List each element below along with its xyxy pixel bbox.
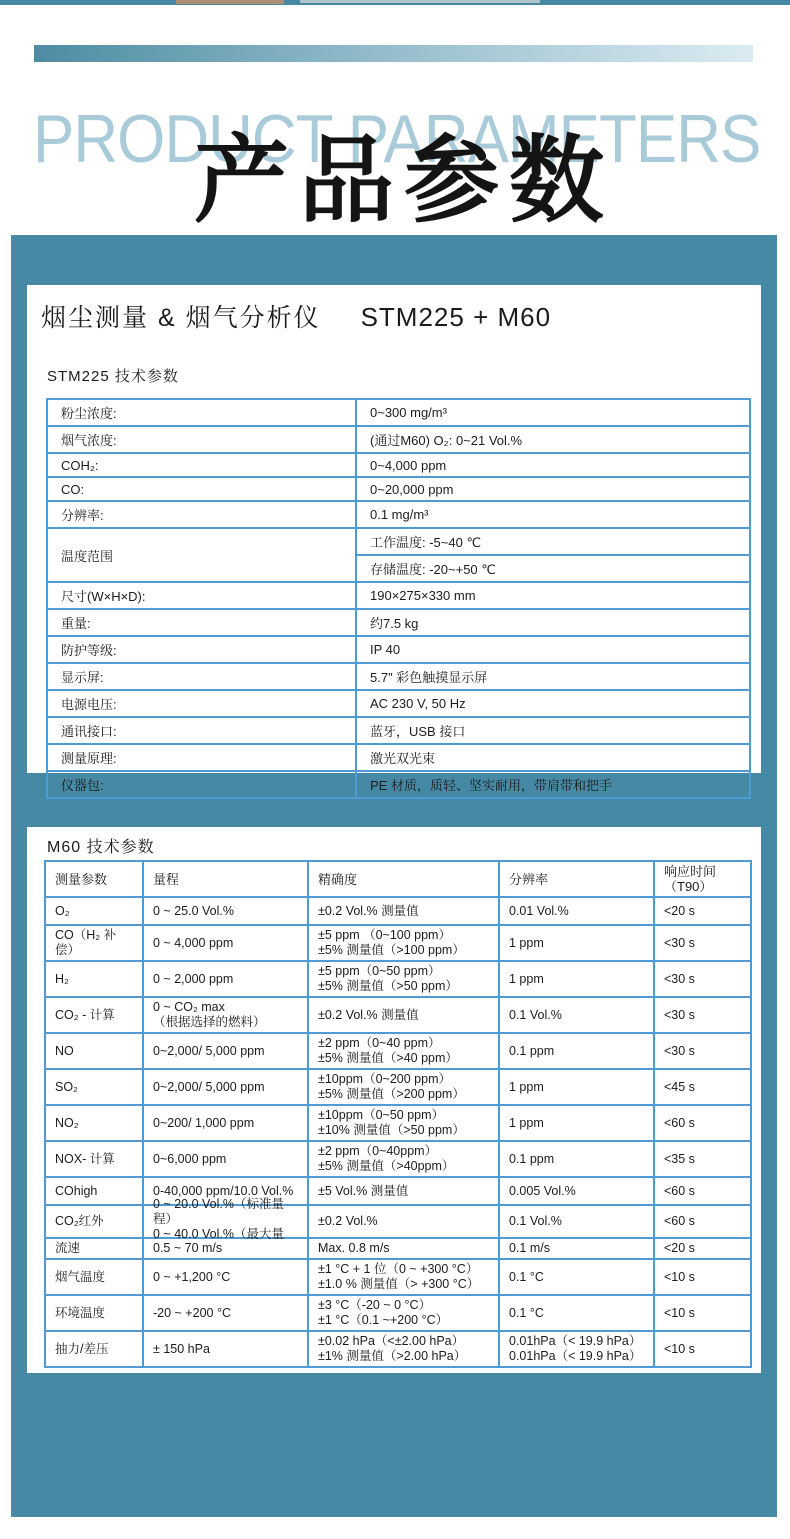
param-cell: NO₂ (45, 1105, 143, 1141)
response-cell: <45 s (654, 1069, 751, 1105)
resolution-cell: 0.1 Vol.% (499, 997, 654, 1033)
table-row: 显示屏:5.7" 彩色触摸显示屏 (47, 663, 750, 690)
range-cell: 0 ~ CO₂ max （根据选择的燃料） (143, 997, 308, 1033)
table-row: NO0~2,000/ 5,000 ppm±2 ppm（0~40 ppm） ±5%… (45, 1033, 751, 1069)
table-row: H₂0 ~ 2,000 ppm±5 ppm（0~50 ppm） ±5% 测量值（… (45, 961, 751, 997)
resolution-cell: 0.01hPa（< 19.9 hPa） 0.01hPa（< 19.9 hPa） (499, 1331, 654, 1367)
spec-label-cell: 防护等级: (47, 636, 356, 663)
column-header: 响应时间（T90） (654, 861, 751, 897)
table-row: NO₂0~200/ 1,000 ppm±10ppm（0~50 ppm） ±10%… (45, 1105, 751, 1141)
param-cell: 流速 (45, 1238, 143, 1259)
spec-label-cell: 重量: (47, 609, 356, 636)
response-cell: <35 s (654, 1141, 751, 1177)
range-cell: -20 ~ +200 °C (143, 1295, 308, 1331)
response-cell: <30 s (654, 925, 751, 961)
stm225-spec-table: 粉尘浓度:0~300 mg/m³烟气浓度:(通过M60) O₂: 0~21 Vo… (46, 398, 751, 799)
table-row: 环境温度-20 ~ +200 °C±3 °C（-20 ~ 0 °C） ±1 °C… (45, 1295, 751, 1331)
product-name: 烟尘测量 & 烟气分析仪 (41, 304, 321, 332)
table-row: 温度范围工作温度: -5~40 ℃ (47, 528, 750, 555)
spec-value-cell: 0~4,000 ppm (356, 453, 750, 477)
response-cell: <60 s (654, 1205, 751, 1238)
resolution-cell: 0.1 °C (499, 1295, 654, 1331)
resolution-cell: 0.1 Vol.% (499, 1205, 654, 1238)
param-cell: 环境温度 (45, 1295, 143, 1331)
spec-label-cell: 仪器包: (47, 771, 356, 798)
param-cell: H₂ (45, 961, 143, 997)
spec-label-cell: 分辨率: (47, 501, 356, 528)
accuracy-cell: ±0.02 hPa（<±2.00 hPa） ±1% 测量值（>2.00 hPa） (308, 1331, 499, 1367)
param-cell: COhigh (45, 1177, 143, 1205)
accuracy-cell: ±1 °C + 1 位（0 ~ +300 °C） ±1.0 % 测量值（> +3… (308, 1259, 499, 1295)
spec-label-cell: CO: (47, 477, 356, 501)
resolution-cell: 1 ppm (499, 961, 654, 997)
stm225-table-title: STM225 技术参数 (47, 365, 179, 386)
response-cell: <60 s (654, 1105, 751, 1141)
table-row: 防护等级:IP 40 (47, 636, 750, 663)
param-cell: 烟气温度 (45, 1259, 143, 1295)
accuracy-cell: ±5 Vol.% 测量值 (308, 1177, 499, 1205)
table-row: 粉尘浓度:0~300 mg/m³ (47, 399, 750, 426)
resolution-cell: 0.01 Vol.% (499, 897, 654, 925)
m60-card: M60 技术参数 测量参数量程精确度分辨率响应时间（T90） O₂0 ~ 25.… (27, 827, 761, 1373)
range-cell: 0 ~ 20.0 Vol.%（标准量 程） 0 ~ 40.0 Vol.%（最大量 (143, 1205, 308, 1238)
spec-label-cell: 尺寸(W×H×D): (47, 582, 356, 609)
column-header: 测量参数 (45, 861, 143, 897)
range-cell: ± 150 hPa (143, 1331, 308, 1367)
header-gradient-bar (34, 45, 753, 62)
table-row: 抽力/差压± 150 hPa±0.02 hPa（<±2.00 hPa） ±1% … (45, 1331, 751, 1367)
spec-label-cell: 通讯接口: (47, 717, 356, 744)
spec-value-cell: 0.1 mg/m³ (356, 501, 750, 528)
table-row: CO（H₂ 补偿）0 ~ 4,000 ppm±5 ppm （0~100 ppm）… (45, 925, 751, 961)
page-title-zh: 产品参数 (0, 134, 790, 229)
accuracy-cell: ±2 ppm（0~40ppm） ±5% 测量值（>40ppm） (308, 1141, 499, 1177)
resolution-cell: 0.1 °C (499, 1259, 654, 1295)
param-cell: NO (45, 1033, 143, 1069)
range-cell: 0~2,000/ 5,000 ppm (143, 1033, 308, 1069)
table-row: 仪器包:PE 材质，质轻、坚实耐用，带肩带和把手 (47, 771, 750, 798)
range-cell: 0~2,000/ 5,000 ppm (143, 1069, 308, 1105)
spec-label-cell: 温度范围 (47, 528, 356, 582)
range-cell: 0~200/ 1,000 ppm (143, 1105, 308, 1141)
table-row: 尺寸(W×H×D):190×275×330 mm (47, 582, 750, 609)
column-header: 分辨率 (499, 861, 654, 897)
spec-label-cell: 显示屏: (47, 663, 356, 690)
response-cell: <20 s (654, 897, 751, 925)
photo-fragment (300, 0, 540, 3)
m60-table-title: M60 技术参数 (47, 834, 155, 857)
photo-fragment (176, 0, 284, 4)
spec-value-cell: 存储温度: -20~+50 ℃ (356, 555, 750, 582)
range-cell: 0 ~ 25.0 Vol.% (143, 897, 308, 925)
table-row: COhigh0-40,000 ppm/10.0 Vol.%±5 Vol.% 测量… (45, 1177, 751, 1205)
spec-value-cell: 约7.5 kg (356, 609, 750, 636)
spec-value-cell: 5.7" 彩色触摸显示屏 (356, 663, 750, 690)
spec-label-cell: 测量原理: (47, 744, 356, 771)
accuracy-cell: ±5 ppm （0~100 ppm） ±5% 测量值（>100 ppm） (308, 925, 499, 961)
range-cell: 0~6,000 ppm (143, 1141, 308, 1177)
accuracy-cell: ±3 °C（-20 ~ 0 °C） ±1 °C（0.1 ~+200 °C） (308, 1295, 499, 1331)
accuracy-cell: ±0.2 Vol.% 测量值 (308, 897, 499, 925)
table-row: 烟气浓度:(通过M60) O₂: 0~21 Vol.% (47, 426, 750, 453)
param-cell: CO（H₂ 补偿） (45, 925, 143, 961)
param-cell: CO₂红外 (45, 1205, 143, 1238)
param-cell: CO₂ - 计算 (45, 997, 143, 1033)
response-cell: <30 s (654, 997, 751, 1033)
table-row: CO:0~20,000 ppm (47, 477, 750, 501)
spec-label-cell: COH₂: (47, 453, 356, 477)
content-panel: 烟尘测量 & 烟气分析仪STM225 + M60 STM225 技术参数 粉尘浓… (11, 235, 777, 1517)
spec-value-cell: (通过M60) O₂: 0~21 Vol.% (356, 426, 750, 453)
resolution-cell: 1 ppm (499, 1069, 654, 1105)
table-row: CO₂红外0 ~ 20.0 Vol.%（标准量 程） 0 ~ 40.0 Vol.… (45, 1205, 751, 1238)
table-row: SO₂0~2,000/ 5,000 ppm±10ppm（0~200 ppm） ±… (45, 1069, 751, 1105)
accuracy-cell: ±5 ppm（0~50 ppm） ±5% 测量值（>50 ppm） (308, 961, 499, 997)
param-cell: O₂ (45, 897, 143, 925)
response-cell: <60 s (654, 1177, 751, 1205)
table-row: NOX- 计算0~6,000 ppm±2 ppm（0~40ppm） ±5% 测量… (45, 1141, 751, 1177)
table-row: 分辨率:0.1 mg/m³ (47, 501, 750, 528)
resolution-cell: 0.1 ppm (499, 1141, 654, 1177)
resolution-cell: 1 ppm (499, 1105, 654, 1141)
accuracy-cell: ±10ppm（0~50 ppm） ±10% 测量值（>50 ppm） (308, 1105, 499, 1141)
accuracy-cell: ±10ppm（0~200 ppm） ±5% 测量值（>200 ppm） (308, 1069, 499, 1105)
spec-value-cell: 0~300 mg/m³ (356, 399, 750, 426)
table-row: 重量:约7.5 kg (47, 609, 750, 636)
accuracy-cell: ±0.2 Vol.% (308, 1205, 499, 1238)
table-row: CO₂ - 计算0 ~ CO₂ max （根据选择的燃料）±0.2 Vol.% … (45, 997, 751, 1033)
accuracy-cell: Max. 0.8 m/s (308, 1238, 499, 1259)
range-cell: 0 ~ 2,000 ppm (143, 961, 308, 997)
response-cell: <10 s (654, 1295, 751, 1331)
table-row: 烟气温度0 ~ +1,200 °C±1 °C + 1 位（0 ~ +300 °C… (45, 1259, 751, 1295)
table-row: O₂0 ~ 25.0 Vol.%±0.2 Vol.% 测量值0.01 Vol.%… (45, 897, 751, 925)
m60-spec-table: 测量参数量程精确度分辨率响应时间（T90） O₂0 ~ 25.0 Vol.%±0… (44, 860, 752, 1368)
stm225-card: 烟尘测量 & 烟气分析仪STM225 + M60 STM225 技术参数 粉尘浓… (27, 285, 761, 773)
spec-value-cell: PE 材质，质轻、坚实耐用，带肩带和把手 (356, 771, 750, 798)
accuracy-cell: ±0.2 Vol.% 测量值 (308, 997, 499, 1033)
response-cell: <20 s (654, 1238, 751, 1259)
response-cell: <30 s (654, 961, 751, 997)
column-header: 精确度 (308, 861, 499, 897)
page: { "header": { "title_en": "PRODUCT PARAM… (0, 0, 790, 1539)
top-photo-strip (0, 0, 790, 5)
spec-value-cell: 0~20,000 ppm (356, 477, 750, 501)
resolution-cell: 1 ppm (499, 925, 654, 961)
resolution-cell: 0.1 ppm (499, 1033, 654, 1069)
param-cell: NOX- 计算 (45, 1141, 143, 1177)
param-cell: 抽力/差压 (45, 1331, 143, 1367)
spec-label-cell: 粉尘浓度: (47, 399, 356, 426)
table-row: 测量原理:激光双光束 (47, 744, 750, 771)
response-cell: <30 s (654, 1033, 751, 1069)
response-cell: <10 s (654, 1331, 751, 1367)
overflowing-range-text: 0 ~ 20.0 Vol.%（标准量 程） 0 ~ 40.0 Vol.%（最大量 (153, 1197, 298, 1242)
product-model: STM225 + M60 (361, 302, 551, 332)
spec-value-cell: IP 40 (356, 636, 750, 663)
table-row: COH₂:0~4,000 ppm (47, 453, 750, 477)
spec-value-cell: 190×275×330 mm (356, 582, 750, 609)
range-cell: 0 ~ +1,200 °C (143, 1259, 308, 1295)
table-row: 通讯接口:蓝牙，USB 接口 (47, 717, 750, 744)
spec-label-cell: 烟气浓度: (47, 426, 356, 453)
spec-value-cell: 蓝牙，USB 接口 (356, 717, 750, 744)
m60-header-row: 测量参数量程精确度分辨率响应时间（T90） (45, 861, 751, 897)
spec-value-cell: 工作温度: -5~40 ℃ (356, 528, 750, 555)
column-header: 量程 (143, 861, 308, 897)
param-cell: SO₂ (45, 1069, 143, 1105)
product-title: 烟尘测量 & 烟气分析仪STM225 + M60 (41, 298, 551, 334)
range-cell: 0 ~ 4,000 ppm (143, 925, 308, 961)
spec-label-cell: 电源电压: (47, 690, 356, 717)
spec-value-cell: 激光双光束 (356, 744, 750, 771)
spec-value-cell: AC 230 V, 50 Hz (356, 690, 750, 717)
resolution-cell: 0.005 Vol.% (499, 1177, 654, 1205)
table-row: 流速0.5 ~ 70 m/sMax. 0.8 m/s0.1 m/s<20 s (45, 1238, 751, 1259)
accuracy-cell: ±2 ppm（0~40 ppm） ±5% 测量值（>40 ppm） (308, 1033, 499, 1069)
table-row: 电源电压:AC 230 V, 50 Hz (47, 690, 750, 717)
resolution-cell: 0.1 m/s (499, 1238, 654, 1259)
response-cell: <10 s (654, 1259, 751, 1295)
